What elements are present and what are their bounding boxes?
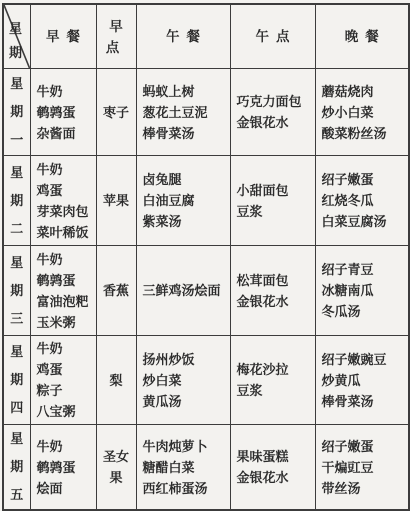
thursday-dinner-cell: 绍子嫩豌豆 炒黄瓜 棒骨菜汤: [315, 336, 409, 425]
thursday-breakfast-cell: 牛奶 鸡蛋 粽子 八宝粥: [30, 336, 96, 425]
friday-afternoon-snack-cell: 果味蛋糕 金银花水: [230, 425, 315, 511]
table-row-friday: 星 期 五 牛奶 鹌鹑蛋 烩面 圣女果 牛肉炖萝卜 糖醋白菜 西红柿蛋汤 果味蛋…: [3, 425, 409, 511]
friday-morning-snack-cell: 圣女果: [96, 425, 136, 511]
table-row-monday: 星 期 一 牛奶 鹌鹑蛋 杂酱面 枣子 蚂蚁上树 葱花土豆泥 棒骨菜汤 巧克力面…: [3, 69, 409, 156]
table-row-tuesday: 星 期 二 牛奶 鸡蛋 芽菜肉包 菜叶稀饭 苹果 卤兔腿 白油豆腐 紫菜汤 小甜…: [3, 156, 409, 246]
header-dinner: 晚餐: [315, 4, 409, 69]
monday-lunch-cell: 蚂蚁上树 葱花土豆泥 棒骨菜汤: [136, 69, 230, 156]
thursday-lunch-cell: 扬州炒饭 炒白菜 黄瓜汤: [136, 336, 230, 425]
thursday-afternoon-snack-cell: 梅花沙拉 豆浆: [230, 336, 315, 425]
friday-lunch-cell: 牛肉炖萝卜 糖醋白菜 西红柿蛋汤: [136, 425, 230, 511]
day-label-thursday: 星 期 四: [3, 336, 30, 425]
tuesday-lunch-cell: 卤兔腿 白油豆腐 紫菜汤: [136, 156, 230, 246]
table-row-wednesday: 星 期 三 牛奶 鹌鹑蛋 富油泡粑 玉米粥 香蕉 三鲜鸡汤烩面 松茸面包 金银花…: [3, 246, 409, 336]
wednesday-morning-snack-cell: 香蕉: [96, 246, 136, 336]
monday-breakfast-cell: 牛奶 鹌鹑蛋 杂酱面: [30, 69, 96, 156]
friday-dinner-cell: 绍子嫩蛋 干煸豇豆 带丝汤: [315, 425, 409, 511]
day-label-tuesday: 星 期 二: [3, 156, 30, 246]
header-breakfast: 早餐: [30, 4, 96, 69]
header-morning-snack: 早点: [96, 4, 136, 69]
tuesday-afternoon-snack-cell: 小甜面包 豆浆: [230, 156, 315, 246]
week-label: 星 期: [9, 17, 22, 65]
header-afternoon-snack: 午点: [230, 4, 315, 69]
wednesday-lunch-cell: 三鲜鸡汤烩面: [136, 246, 230, 336]
friday-breakfast-cell: 牛奶 鹌鹑蛋 烩面: [30, 425, 96, 511]
table-row-thursday: 星 期 四 牛奶 鸡蛋 粽子 八宝粥 梨 扬州炒饭 炒白菜 黄瓜汤 梅花沙拉 豆…: [3, 336, 409, 425]
day-label-friday: 星 期 五: [3, 425, 30, 511]
monday-afternoon-snack-cell: 巧克力面包 金银花水: [230, 69, 315, 156]
corner-cell-week: 星 期: [3, 4, 30, 69]
tuesday-breakfast-cell: 牛奶 鸡蛋 芽菜肉包 菜叶稀饭: [30, 156, 96, 246]
tuesday-dinner-cell: 绍子嫩蛋 红烧冬瓜 白菜豆腐汤: [315, 156, 409, 246]
header-lunch: 午餐: [136, 4, 230, 69]
wednesday-breakfast-cell: 牛奶 鹌鹑蛋 富油泡粑 玉米粥: [30, 246, 96, 336]
weekly-meal-schedule-table: 星 期 早餐 早点 午餐 午点 晚餐 星 期 一 牛奶 鹌鹑蛋 杂酱面 枣子 蚂…: [2, 3, 410, 511]
monday-morning-snack-cell: 枣子: [96, 69, 136, 156]
monday-dinner-cell: 蘑菇烧肉 炒小白菜 酸菜粉丝汤: [315, 69, 409, 156]
day-label-monday: 星 期 一: [3, 69, 30, 156]
day-label-wednesday: 星 期 三: [3, 246, 30, 336]
wednesday-dinner-cell: 绍子青豆 冰糖南瓜 冬瓜汤: [315, 246, 409, 336]
tuesday-morning-snack-cell: 苹果: [96, 156, 136, 246]
thursday-morning-snack-cell: 梨: [96, 336, 136, 425]
wednesday-afternoon-snack-cell: 松茸面包 金银花水: [230, 246, 315, 336]
